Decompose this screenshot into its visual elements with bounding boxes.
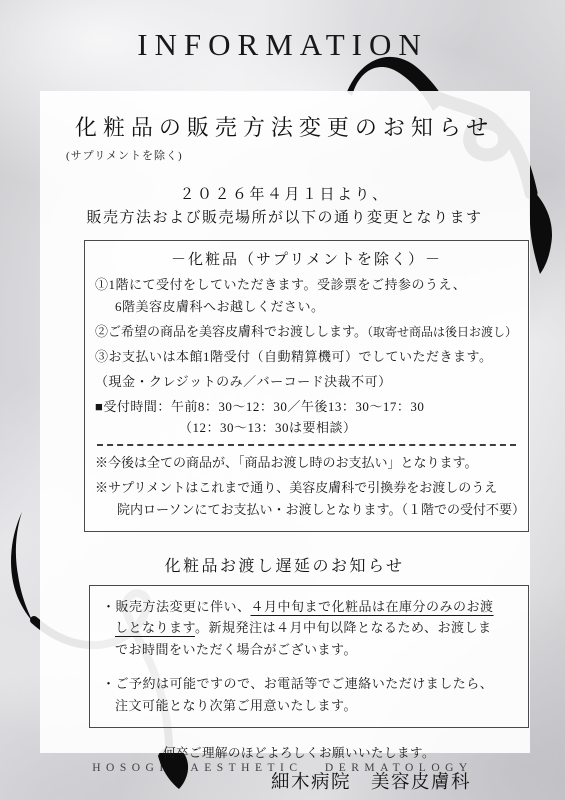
bullet1-line2: しとなります。新規発注は４月中旬以降となるため、お渡しま xyxy=(102,617,518,639)
reception-hours-line1: ■受付時間：午前8：30～12：30／午後13：30～17：30 xyxy=(95,396,518,418)
bullet1-rest1-text: 。新規発注は４月中旬以降となるため、お渡しま xyxy=(195,620,491,635)
bullet1-underline2: しとなります xyxy=(115,620,195,635)
asterisk-note2-line1: ※サプリメントはこれまで通り、美容皮膚科で引換券をお渡しのうえ xyxy=(95,477,518,499)
bullet1-underline1: ４月中旬まで化粧品は在庫分のみのお渡 xyxy=(251,599,494,614)
notice-title-note: (サプリメントを除く) xyxy=(66,147,507,163)
intro-line-1: ２０２６年４月１日より、 xyxy=(62,184,507,207)
item3-note-line: （現金・クレジットのみ／バーコード決裁不可） xyxy=(95,371,518,393)
delay-notice-box: ・販売方法変更に伴い、４月中旬まで化粧品は在庫分のみのお渡 しとなります。新規発… xyxy=(89,585,529,729)
bullet2-line2: 注文可能となり次第ご用意いたします。 xyxy=(102,695,518,717)
signature-hospital-name: 細木病院 美容皮膚科 xyxy=(62,768,507,794)
notice-title: 化粧品の販売方法変更のお知らせ xyxy=(62,111,507,142)
bullet1-line1: ・販売方法変更に伴い、４月中旬まで化粧品は在庫分のみのお渡 xyxy=(102,596,518,618)
asterisk-note1: ※今後は全ての商品が、「商品お渡し時のお支払い」となります。 xyxy=(95,452,518,474)
sales-method-box-heading: －化粧品（サプリメントを除く）－ xyxy=(95,249,518,271)
intro-line-2: 販売方法および販売場所が以下の通り変更となります xyxy=(62,207,507,230)
asterisk-note2-line2: 院内ローソンにてお支払い・お渡しとなります。（１階での受付不要） xyxy=(95,499,518,521)
bullet1-line3: でお時間をいただく場合がございます。 xyxy=(102,639,518,661)
bullet1-pre-text: ・販売方法変更に伴い、 xyxy=(102,599,251,614)
item2-line: ②ご希望の商品を美容皮膚科でお渡しします。（取寄せ商品は後日お渡し） xyxy=(95,321,518,343)
item2-main-text: ②ご希望の商品を美容皮膚科でお渡しします。 xyxy=(95,324,367,339)
item1-line1: ①1階にて受付をしていただきます。受診票をご持参のうえ、 xyxy=(95,274,518,296)
item3-line: ③お支払いは本館1階受付（自動精算機可）でしていただきます。 xyxy=(95,346,518,368)
notice-card: 化粧品の販売方法変更のお知らせ (サプリメントを除く) ２０２６年４月１日より、… xyxy=(40,91,530,753)
item2-paren-text: （取寄せ商品は後日お渡し） xyxy=(367,325,517,339)
sales-method-box: －化粧品（サプリメントを除く）－ ①1階にて受付をしていただきます。受診票をご持… xyxy=(84,240,529,532)
delay-notice-heading: 化粧品お渡し遅延のお知らせ xyxy=(62,553,507,576)
bullet2-line1: ・ご予約は可能ですので、お電話等でご連絡いただけましたら、 xyxy=(102,673,518,695)
dashed-divider xyxy=(97,444,516,446)
item1-line2: 6階美容皮膚科へお越しください。 xyxy=(95,296,518,318)
closing-line: 何卒ご理解のほどよろしくお願いいたします。 xyxy=(62,743,507,761)
reception-hours-line2: （12：30～13：30は要相談） xyxy=(95,418,518,437)
notice-poster: INFORMATION HOSOGI AESTHETIC DERMATOLOGY… xyxy=(0,0,565,800)
page-title: INFORMATION xyxy=(0,27,565,63)
intro-paragraph: ２０２６年４月１日より、 販売方法および販売場所が以下の通り変更となります xyxy=(62,184,507,231)
